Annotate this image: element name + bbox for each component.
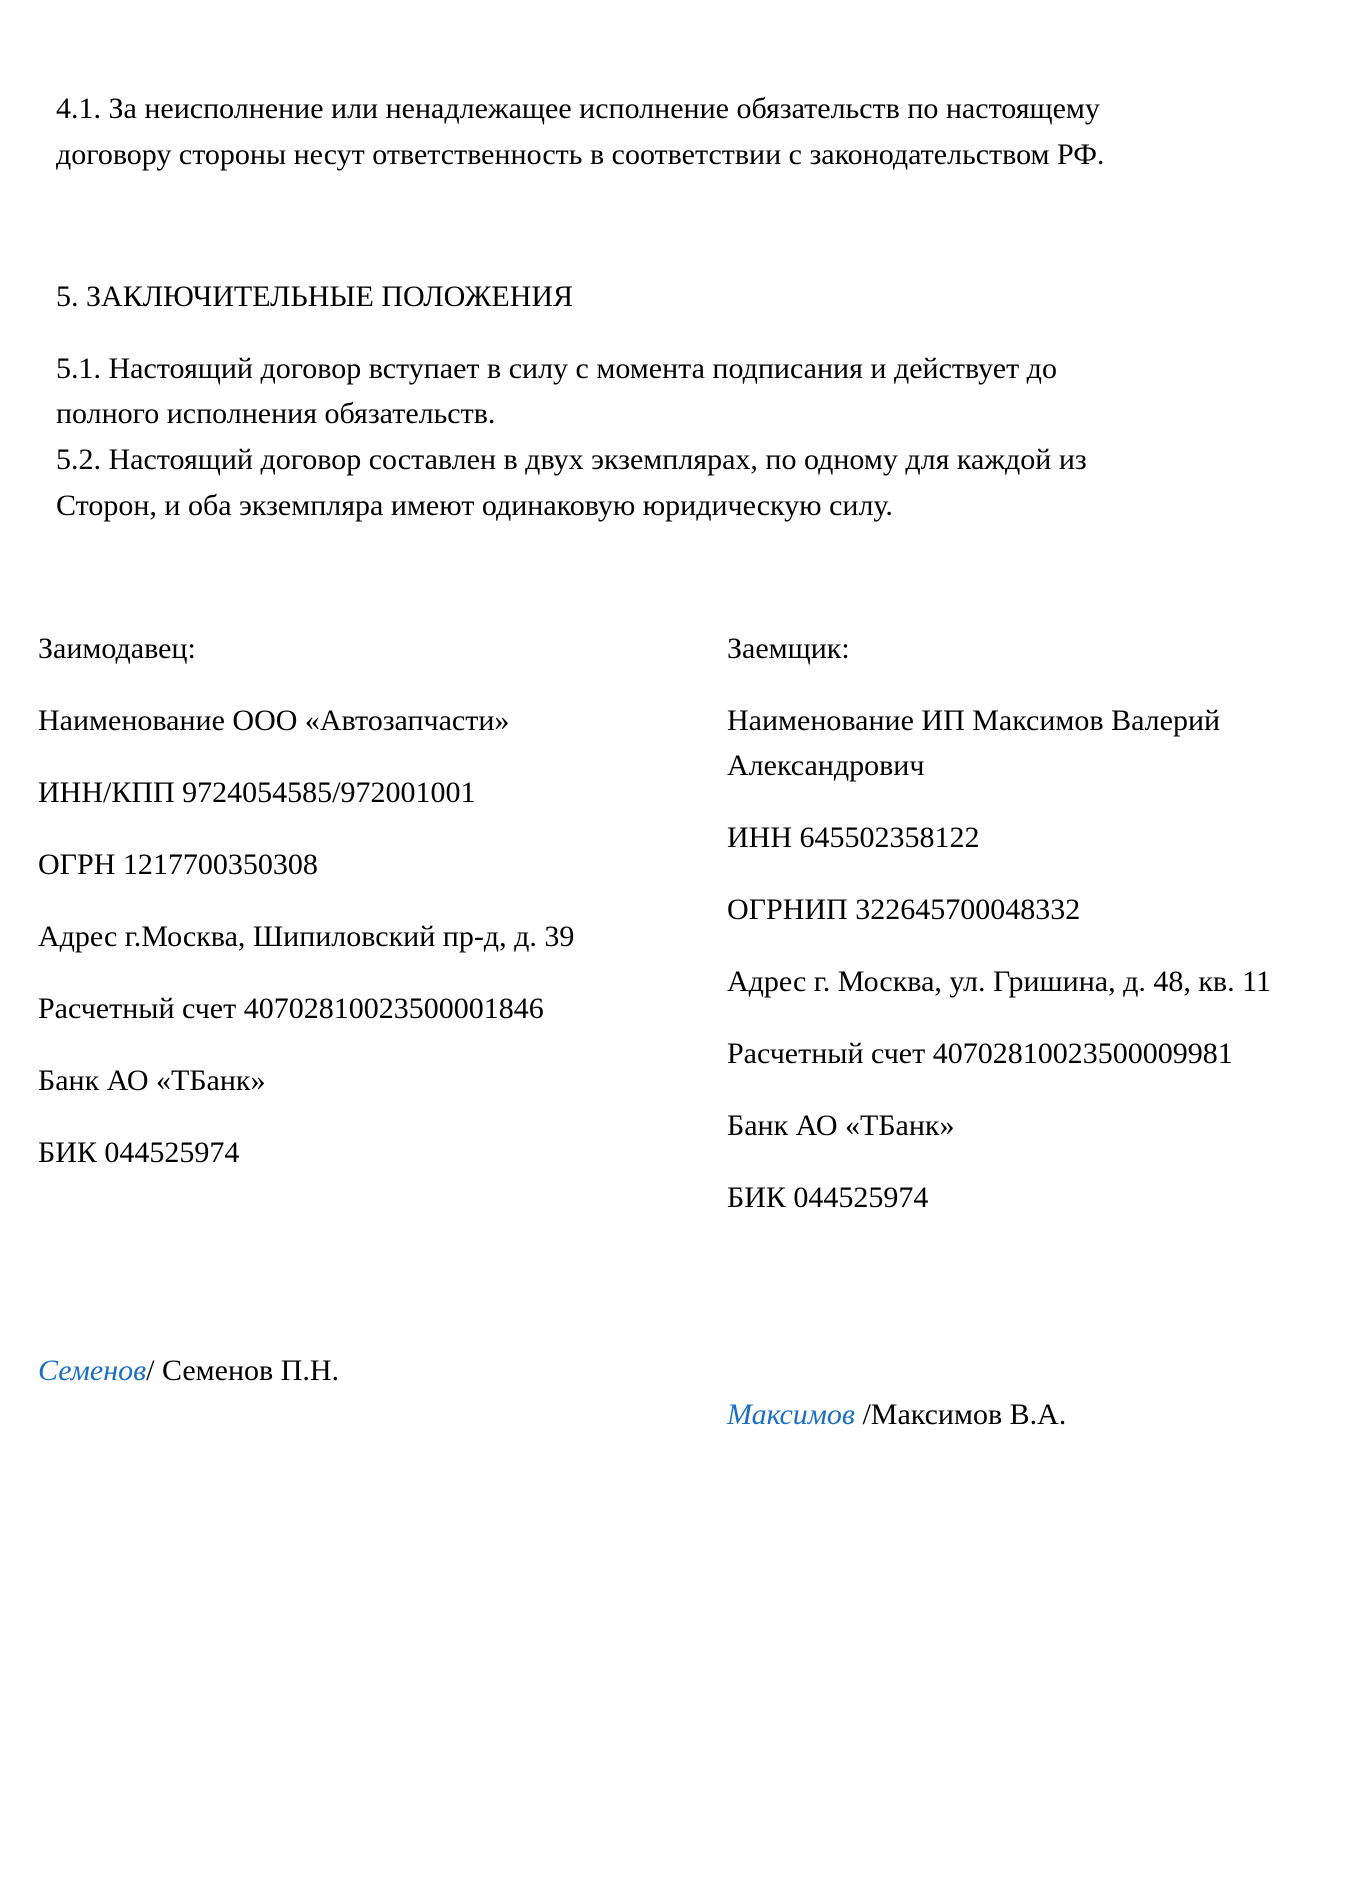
borrower-signature: Максимов — [727, 1398, 855, 1431]
lender-address: Адрес г.Москва, Шипиловский пр-д, д. 39 — [38, 922, 574, 952]
clause-5-2-line-2: Сторон, и оба экземпляра имеют одинакову… — [56, 491, 893, 521]
lender-title: Заимодавец: — [38, 634, 196, 664]
lender-name: Наименование ООО «Автозапчасти» — [38, 706, 509, 736]
borrower-signature-line: Максимов /Максимов В.А. — [727, 1400, 1066, 1430]
clause-4-1-line-2: договору стороны несут ответственность в… — [56, 140, 1104, 170]
borrower-signer-name: /Максимов В.А. — [855, 1398, 1066, 1431]
borrower-name-line-1: Наименование ИП Максимов Валерий — [727, 706, 1220, 736]
lender-signer-name: / Семенов П.Н. — [146, 1354, 339, 1387]
borrower-account: Расчетный счет 40702810023500009981 — [727, 1039, 1233, 1069]
borrower-name-line-2: Александрович — [727, 751, 924, 781]
lender-bik: БИК 044525974 — [38, 1138, 239, 1168]
borrower-inn: ИНН 645502358122 — [727, 823, 980, 853]
borrower-address: Адрес г. Москва, ул. Гришина, д. 48, кв.… — [727, 967, 1271, 997]
lender-signature: Семенов — [38, 1354, 146, 1387]
clause-4-1-line-1: 4.1. За неисполнение или ненадлежащее ис… — [56, 94, 1100, 124]
borrower-ogrnip: ОГРНИП 322645700048332 — [727, 895, 1080, 925]
borrower-bank: Банк АО «ТБанк» — [727, 1111, 955, 1141]
section-5-heading: 5. ЗАКЛЮЧИТЕЛЬНЫЕ ПОЛОЖЕНИЯ — [56, 282, 573, 312]
lender-inn-kpp: ИНН/КПП 9724054585/972001001 — [38, 778, 476, 808]
clause-5-1-line-2: полного исполнения обязательств. — [56, 399, 495, 429]
lender-bank: Банк АО «ТБанк» — [38, 1066, 266, 1096]
lender-ogrn: ОГРН 1217700350308 — [38, 850, 318, 880]
lender-signature-line: Семенов/ Семенов П.Н. — [38, 1356, 339, 1386]
borrower-bik: БИК 044525974 — [727, 1183, 928, 1213]
clause-5-1-line-1: 5.1. Настоящий договор вступает в силу с… — [56, 354, 1057, 384]
lender-account: Расчетный счет 40702810023500001846 — [38, 994, 544, 1024]
clause-5-2-line-1: 5.2. Настоящий договор составлен в двух … — [56, 445, 1087, 475]
borrower-title: Заемщик: — [727, 634, 850, 664]
